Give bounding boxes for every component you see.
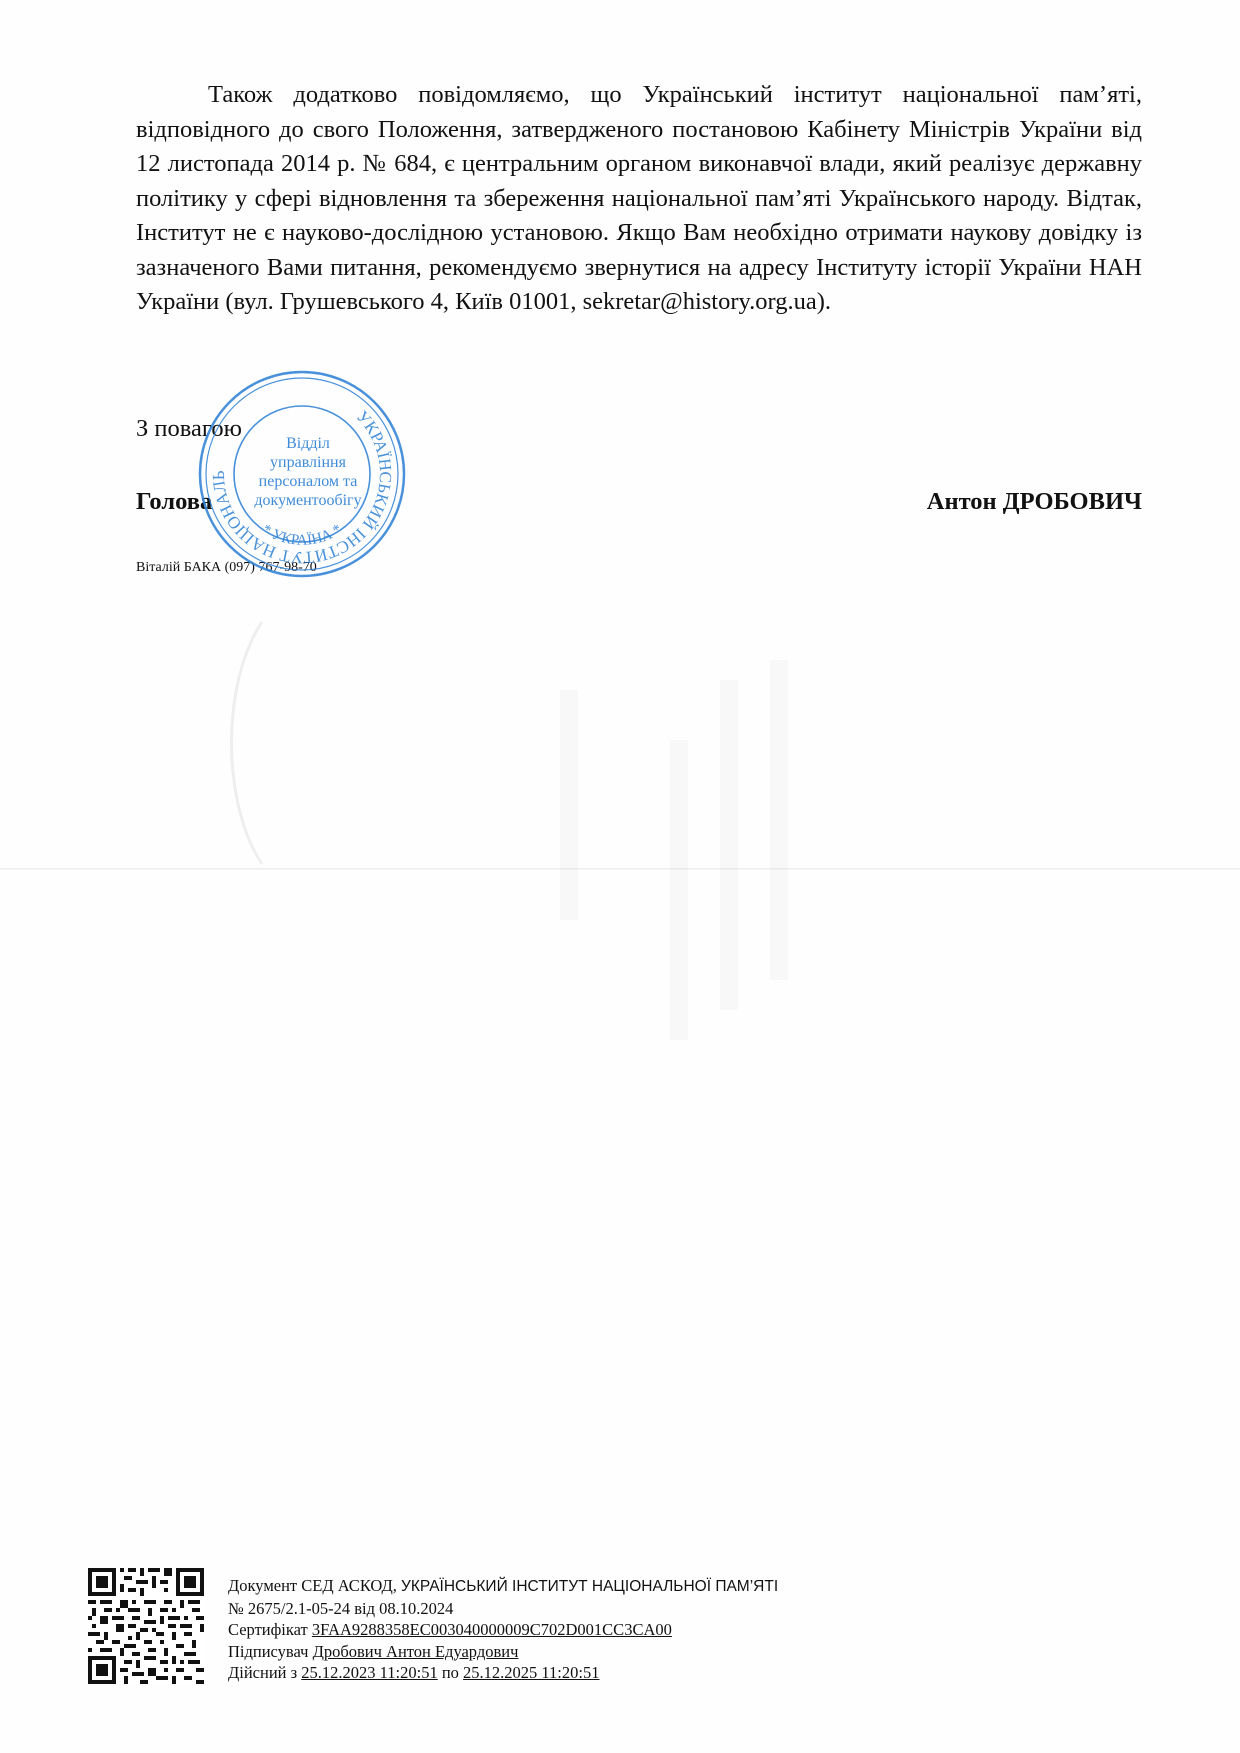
esign-valid-label: Дійсний з	[228, 1663, 297, 1682]
esign-registration-line: № 2675/2.1-05-24 від 08.10.2024	[228, 1598, 778, 1620]
qr-code	[88, 1568, 204, 1684]
esign-validity-line: Дійсний з 25.12.2023 11:20:51 по 25.12.2…	[228, 1662, 778, 1684]
paper-fold-line	[0, 868, 1240, 870]
signer-position: Голова	[136, 488, 212, 516]
closing-salutation: З повагою	[136, 415, 242, 443]
letter-paragraph: Також додатково повідомляємо, що Українс…	[136, 78, 1142, 320]
signer-name: Антон ДРОБОВИЧ	[927, 488, 1142, 516]
esign-system-label: Документ СЕД АСКОД,	[228, 1576, 397, 1595]
ghost-text-column	[560, 690, 578, 920]
esign-valid-separator: по	[442, 1663, 459, 1682]
esign-valid-to: 25.12.2025 11:20:51	[463, 1663, 599, 1682]
esign-signer-line: Підписувач Дробович Антон Едуардович	[228, 1641, 778, 1663]
stamp-bottom-text: * УКРАЇНА *	[259, 522, 345, 549]
esign-signer-label: Підписувач	[228, 1642, 308, 1661]
document-page: Також додатково повідомляємо, що Українс…	[0, 0, 1240, 1753]
official-stamp: УКРАЇНСЬКИЙ ІНСТИТУТ НАЦІОНАЛЬНОЇ ПАМ'ЯТ…	[196, 368, 408, 580]
stamp-center-line: управління	[270, 454, 347, 471]
ghost-text-column	[720, 680, 738, 1010]
esign-certificate-line: Сертифікат 3FAA9288358EC003040000009C702…	[228, 1619, 778, 1641]
esign-certificate-label: Сертифікат	[228, 1620, 308, 1639]
esign-document-line: Документ СЕД АСКОД, УКРАЇНСЬКИЙ ІНСТИТУТ…	[228, 1575, 778, 1598]
executor-contact: Віталій БАКА (097) 767-98-70	[136, 560, 317, 576]
ghost-stamp-arc	[230, 590, 386, 896]
esign-organization: УКРАЇНСЬКИЙ ІНСТИТУТ НАЦІОНАЛЬНОЇ ПАМ’ЯТ…	[401, 1578, 778, 1595]
ghost-text-column	[770, 660, 788, 980]
stamp-ring-text: УКРАЇНСЬКИЙ ІНСТИТУТ НАЦІОНАЛЬНОЇ ПАМ'ЯТ…	[196, 368, 395, 567]
stamp-center-line: документообігу	[254, 492, 361, 509]
stamp-center-line: персоналом та	[259, 473, 358, 490]
stamp-center-line: Відділ	[286, 435, 330, 452]
esign-certificate-value: 3FAA9288358EC003040000009C702D001CC3CA00	[312, 1620, 672, 1639]
esign-signer-value: Дробович Антон Едуардович	[313, 1642, 519, 1661]
ghost-text-column	[670, 740, 688, 1040]
esign-footer: Документ СЕД АСКОД, УКРАЇНСЬКИЙ ІНСТИТУТ…	[228, 1575, 778, 1684]
svg-text:* УКРАЇНА *: * УКРАЇНА *	[259, 522, 345, 549]
esign-valid-from: 25.12.2023 11:20:51	[301, 1663, 437, 1682]
